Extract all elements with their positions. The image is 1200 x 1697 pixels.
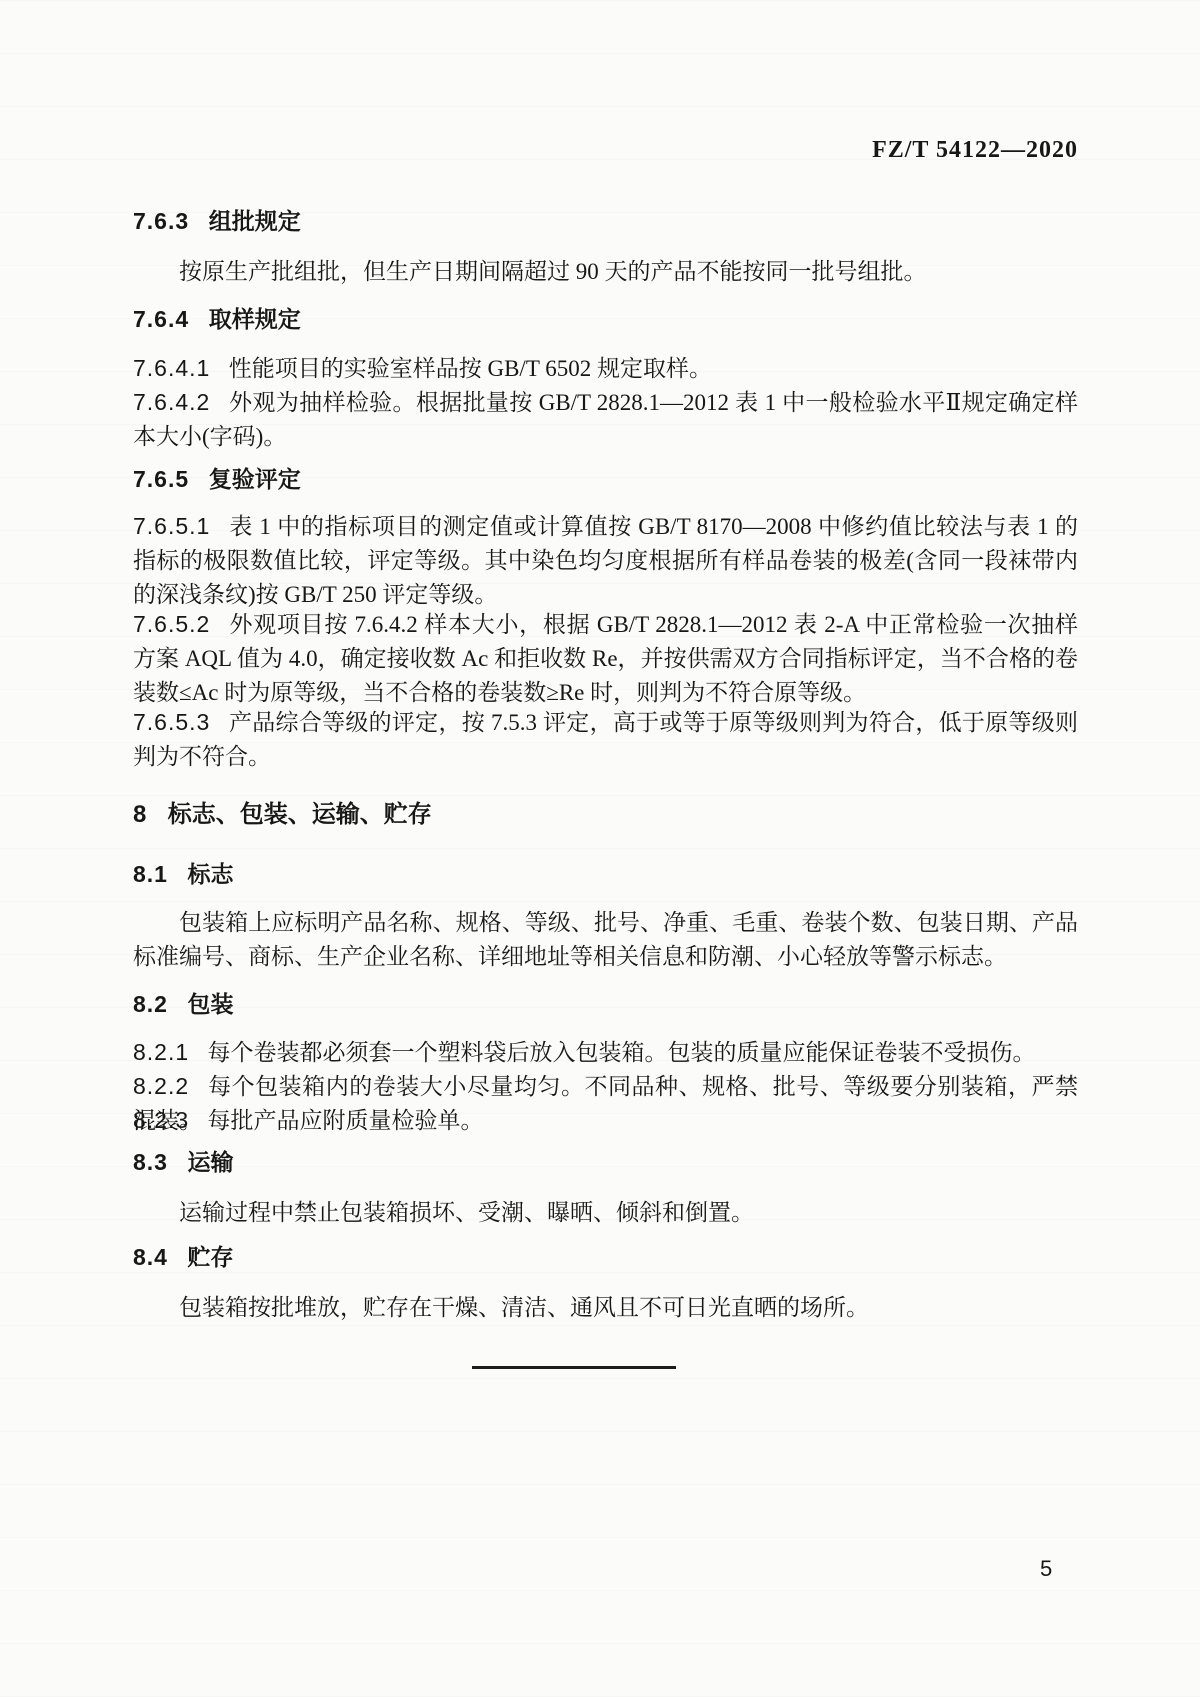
clause-title: 组批规定 xyxy=(209,208,301,234)
clause-title: 贮存 xyxy=(188,1244,234,1270)
paragraph-text: 外观项目按 7.6.4.2 样本大小，根据 GB/T 2828.1—2012 表… xyxy=(133,612,1078,705)
clause-title: 运输 xyxy=(188,1149,234,1175)
end-of-document-rule xyxy=(472,1366,676,1369)
standard-number-header: FZ/T 54122—2020 xyxy=(872,137,1078,164)
body-paragraph: 按原生产批组批，但生产日期间隔超过 90 天的产品不能按同一批号组批。 xyxy=(133,255,1078,289)
numbered-paragraph: 7.6.4.2外观为抽样检验。根据批量按 GB/T 2828.1—2012 表 … xyxy=(133,385,1078,454)
body-paragraph: 包装箱上应标明产品名称、规格、等级、批号、净重、毛重、卷装个数、包装日期、产品标… xyxy=(133,906,1078,974)
document-page: FZ/T 54122—2020 7.6.3组批规定 按原生产批组批，但生产日期间… xyxy=(0,0,1200,1697)
chapter-heading: 8标志、包装、运输、贮存 xyxy=(133,801,1078,829)
chapter-title: 标志、包装、运输、贮存 xyxy=(168,801,432,828)
clause-heading: 7.6.4取样规定 xyxy=(133,305,1078,333)
paragraph-text: 表 1 中的指标项目的测定值或计算值按 GB/T 8170—2008 中修约值比… xyxy=(133,514,1078,607)
clause-number: 8.2 xyxy=(133,991,168,1017)
paragraph-text: 产品综合等级的评定，按 7.5.3 评定，高于或等于原等级则判为符合，低于原等级… xyxy=(133,710,1078,769)
clause-number: 7.6.5 xyxy=(133,466,189,492)
clause-number: 8.1 xyxy=(133,861,168,887)
paragraph-text: 每个卷装都必须套一个塑料袋后放入包装箱。包装的质量应能保证卷装不受损伤。 xyxy=(208,1040,1036,1065)
body-paragraph: 包装箱按批堆放，贮存在干燥、清洁、通风且不可日光直晒的场所。 xyxy=(133,1291,1078,1325)
clause-number: 7.6.5.3 xyxy=(133,709,210,735)
body-paragraph: 运输过程中禁止包装箱损坏、受潮、曝晒、倾斜和倒置。 xyxy=(133,1196,1078,1230)
clause-heading: 7.6.5复验评定 xyxy=(133,465,1078,493)
numbered-paragraph: 8.2.1每个卷装都必须套一个塑料袋后放入包装箱。包装的质量应能保证卷装不受损伤… xyxy=(133,1035,1078,1070)
paragraph-text: 每批产品应附质量检验单。 xyxy=(208,1108,484,1133)
clause-heading: 8.3运输 xyxy=(133,1148,1078,1176)
clause-heading: 8.2包装 xyxy=(133,990,1078,1018)
numbered-paragraph: 8.2.3每批产品应附质量检验单。 xyxy=(133,1103,1078,1138)
clause-number: 7.6.4.1 xyxy=(133,355,210,381)
paragraph-text: 性能项目的实验室样品按 GB/T 6502 规定取样。 xyxy=(229,356,712,381)
clause-number: 7.6.4 xyxy=(133,306,189,332)
clause-heading: 7.6.3组批规定 xyxy=(133,207,1078,235)
clause-title: 复验评定 xyxy=(209,466,301,492)
paragraph-text: 外观为抽样检验。根据批量按 GB/T 2828.1—2012 表 1 中一般检验… xyxy=(133,390,1078,449)
numbered-paragraph: 7.6.4.1性能项目的实验室样品按 GB/T 6502 规定取样。 xyxy=(133,351,1078,386)
clause-number: 7.6.5.2 xyxy=(133,611,210,637)
clause-title: 标志 xyxy=(188,861,234,887)
clause-number: 8.4 xyxy=(133,1244,168,1270)
clause-heading: 8.4贮存 xyxy=(133,1243,1078,1271)
chapter-number: 8 xyxy=(133,801,147,828)
numbered-paragraph: 7.6.5.2外观项目按 7.6.4.2 样本大小，根据 GB/T 2828.1… xyxy=(133,607,1078,710)
clause-number: 7.6.4.2 xyxy=(133,389,210,415)
clause-number: 8.2.1 xyxy=(133,1039,189,1065)
numbered-paragraph: 7.6.5.1表 1 中的指标项目的测定值或计算值按 GB/T 8170—200… xyxy=(133,509,1078,612)
clause-number: 7.6.5.1 xyxy=(133,513,210,539)
clause-number: 8.2.3 xyxy=(133,1107,189,1133)
clause-number: 8.2.2 xyxy=(133,1073,189,1099)
clause-number: 8.3 xyxy=(133,1149,168,1175)
clause-title: 取样规定 xyxy=(209,306,301,332)
clause-heading: 8.1标志 xyxy=(133,860,1078,888)
page-number: 5 xyxy=(1040,1556,1052,1582)
numbered-paragraph: 7.6.5.3产品综合等级的评定，按 7.5.3 评定，高于或等于原等级则判为符… xyxy=(133,705,1078,774)
clause-number: 7.6.3 xyxy=(133,208,189,234)
clause-title: 包装 xyxy=(188,991,234,1017)
